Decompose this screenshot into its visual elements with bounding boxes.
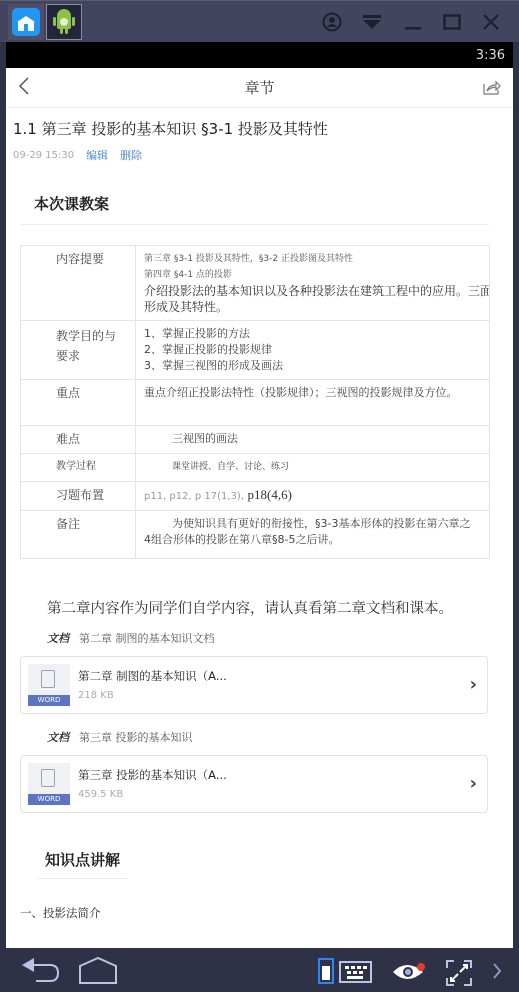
- tab-home[interactable]: [8, 4, 44, 40]
- account-button[interactable]: [317, 9, 347, 35]
- divider: [36, 878, 128, 879]
- row-value: 三视图的画法: [136, 426, 490, 454]
- table-row: 教学目的与要求 1、掌握正投影的方法 2、掌握正投影的投影规律 3、掌握三视图的…: [21, 321, 490, 380]
- article-time: 09-29 15:30: [13, 150, 74, 161]
- row-value: 第三章 §3-1 投影及其特性，§3-2 正投影图及其特性 第四章 §4-1 点…: [136, 246, 490, 321]
- article-title: 1.1 第三章 投影的基本知识 §3-1 投影及其特性: [6, 108, 513, 139]
- home-icon: [12, 8, 40, 36]
- document-tag: 文档: [47, 731, 69, 744]
- table-row: 教学过程 课堂讲授、自学、讨论、练习: [21, 454, 490, 482]
- row-value: 课堂讲授、自学、讨论、练习: [136, 454, 490, 482]
- share-button[interactable]: [483, 79, 501, 95]
- document-size: 218 KB: [78, 690, 114, 701]
- home-icon: [78, 956, 118, 984]
- keyboard-icon: [339, 961, 372, 983]
- lesson-plan-table: 内容提要 第三章 §3-1 投影及其特性，§3-2 正投影图及其特性 第四章 §…: [20, 245, 490, 559]
- word-document-icon: WORD: [28, 763, 70, 805]
- value-line: 1、掌握正投影的方法: [144, 326, 481, 342]
- menu-dropdown-icon: [362, 14, 382, 30]
- knowledge-subheading: 一、投影法简介: [20, 905, 513, 921]
- value-line: 3、掌握三视图的形成及画法: [144, 358, 481, 374]
- chapter-content: 1.1 第三章 投影的基本知识 §3-1 投影及其特性 09-29 15:30 …: [6, 108, 513, 948]
- word-document-icon: WORD: [28, 664, 70, 706]
- status-bar: 3:36: [6, 42, 513, 68]
- table-row: 内容提要 第三章 §3-1 投影及其特性，§3-2 正投影图及其特性 第四章 §…: [21, 246, 490, 321]
- emulator-title-bar: [0, 0, 519, 42]
- edit-link[interactable]: 编辑: [86, 147, 108, 163]
- emulator-nav-bar: [0, 948, 519, 992]
- chevron-left-icon: [18, 77, 30, 95]
- value-line: 形成及其特性。: [144, 299, 481, 315]
- chevron-right-icon: [492, 962, 502, 980]
- document-name: 第三章 投影的基本知识（A...: [78, 767, 227, 783]
- row-value: 1、掌握正投影的方法 2、掌握正投影的投影规律 3、掌握三视图的形成及画法: [136, 321, 490, 380]
- table-row: 习题布置 p11, p12, p 17(1,3), p18(4,6): [21, 482, 490, 511]
- more-button[interactable]: [492, 962, 502, 984]
- document-card[interactable]: WORD 第二章 制图的基本知识（A... 218 KB ›: [20, 656, 488, 714]
- visibility-button[interactable]: [391, 962, 427, 986]
- table-row: 重点 重点介绍正投影法特性（投影规律）；三视图的投影规律及方位。: [21, 380, 490, 426]
- document-caption: 文档第三章 投影的基本知识: [47, 729, 513, 745]
- fullscreen-icon: [446, 960, 472, 986]
- row-label: 教学目的与要求: [21, 321, 136, 380]
- share-icon: [483, 79, 501, 95]
- page-title: 章节: [244, 77, 274, 98]
- back-nav-button[interactable]: [20, 956, 60, 988]
- close-icon: [483, 14, 499, 30]
- row-label: 难点: [21, 426, 136, 454]
- row-value: 重点介绍正投影法特性（投影规律）；三视图的投影规律及方位。: [136, 380, 490, 426]
- document-caption-text: 第二章 制图的基本知识文档: [79, 632, 215, 645]
- document-card[interactable]: WORD 第三章 投影的基本知识（A... 459.5 KB ›: [20, 755, 488, 813]
- tab-android-app[interactable]: [46, 4, 82, 40]
- close-button[interactable]: [476, 9, 506, 35]
- chevron-right-icon: ›: [470, 674, 477, 695]
- value-line: p11, p12, p 17(1,3),: [144, 491, 244, 502]
- eye-icon: [391, 962, 427, 982]
- home-nav-button[interactable]: [78, 956, 118, 988]
- document-caption-text: 第三章 投影的基本知识: [79, 731, 193, 744]
- value-line: 4组合形体的投影在第八章§8-5之后讲。: [144, 532, 481, 548]
- maximize-button[interactable]: [437, 9, 467, 35]
- value-line: p18(4,6): [248, 487, 292, 502]
- back-button[interactable]: [18, 76, 30, 101]
- document-name: 第二章 制图的基本知识（A...: [78, 668, 227, 684]
- value-line: 2、掌握正投影的投影规律: [144, 342, 481, 358]
- portrait-icon: [318, 958, 334, 984]
- menu-dropdown-button[interactable]: [357, 9, 387, 35]
- value-line: 为使知识具有更好的衔接性，§3-3基本形体的投影在第六章之: [144, 516, 481, 532]
- row-label: 备注: [21, 511, 136, 559]
- row-label: 习题布置: [21, 482, 136, 511]
- delete-link[interactable]: 删除: [120, 147, 142, 163]
- document-caption: 文档第二章 制图的基本知识文档: [47, 630, 513, 646]
- status-time: 3:36: [476, 48, 505, 63]
- account-icon: [322, 12, 342, 32]
- portrait-toggle[interactable]: [318, 958, 334, 988]
- row-value: p11, p12, p 17(1,3), p18(4,6): [136, 482, 490, 511]
- row-label: 教学过程: [21, 454, 136, 482]
- value-line: 介绍投影法的基本知识以及各种投影法在建筑工程中的应用。三面投: [144, 283, 481, 299]
- lesson-plan-heading: 本次课教案: [34, 193, 513, 214]
- row-value: 为使知识具有更好的衔接性，§3-3基本形体的投影在第六章之 4组合形体的投影在第…: [136, 511, 490, 559]
- file-type-badge: WORD: [28, 794, 70, 805]
- fullscreen-button[interactable]: [446, 960, 472, 990]
- minimize-icon: [404, 13, 422, 31]
- value-line: 第四章 §4-1 点的投影: [144, 267, 481, 283]
- row-label: 重点: [21, 380, 136, 426]
- document-tag: 文档: [47, 632, 69, 645]
- table-row: 备注 为使知识具有更好的衔接性，§3-3基本形体的投影在第六章之 4组合形体的投…: [21, 511, 490, 559]
- row-label-text: 教学目的与要求: [29, 326, 127, 366]
- row-label: 内容提要: [21, 246, 136, 321]
- app-bar: 章节: [6, 68, 513, 108]
- file-type-badge: WORD: [28, 695, 70, 706]
- maximize-icon: [443, 14, 461, 30]
- article-meta: 09-29 15:30 编辑 删除: [6, 139, 513, 163]
- self-study-notice: 第二章内容作为同学们自学内容，请认真看第二章文档和课本。: [47, 597, 513, 618]
- table-row: 难点 三视图的画法: [21, 426, 490, 454]
- android-icon: [52, 8, 76, 36]
- divider: [21, 224, 489, 225]
- knowledge-heading: 知识点讲解: [45, 849, 513, 870]
- chevron-right-icon: ›: [470, 773, 477, 794]
- value-line: 第三章 §3-1 投影及其特性，§3-2 正投影图及其特性: [144, 251, 481, 267]
- back-icon: [20, 956, 60, 984]
- android-screen: 3:36 章节 1.1 第三章 投影的基本知识 §3-1 投影及其特性 09-2…: [6, 42, 513, 948]
- minimize-button[interactable]: [398, 9, 428, 35]
- document-size: 459.5 KB: [78, 789, 123, 800]
- keyboard-button[interactable]: [339, 961, 372, 987]
